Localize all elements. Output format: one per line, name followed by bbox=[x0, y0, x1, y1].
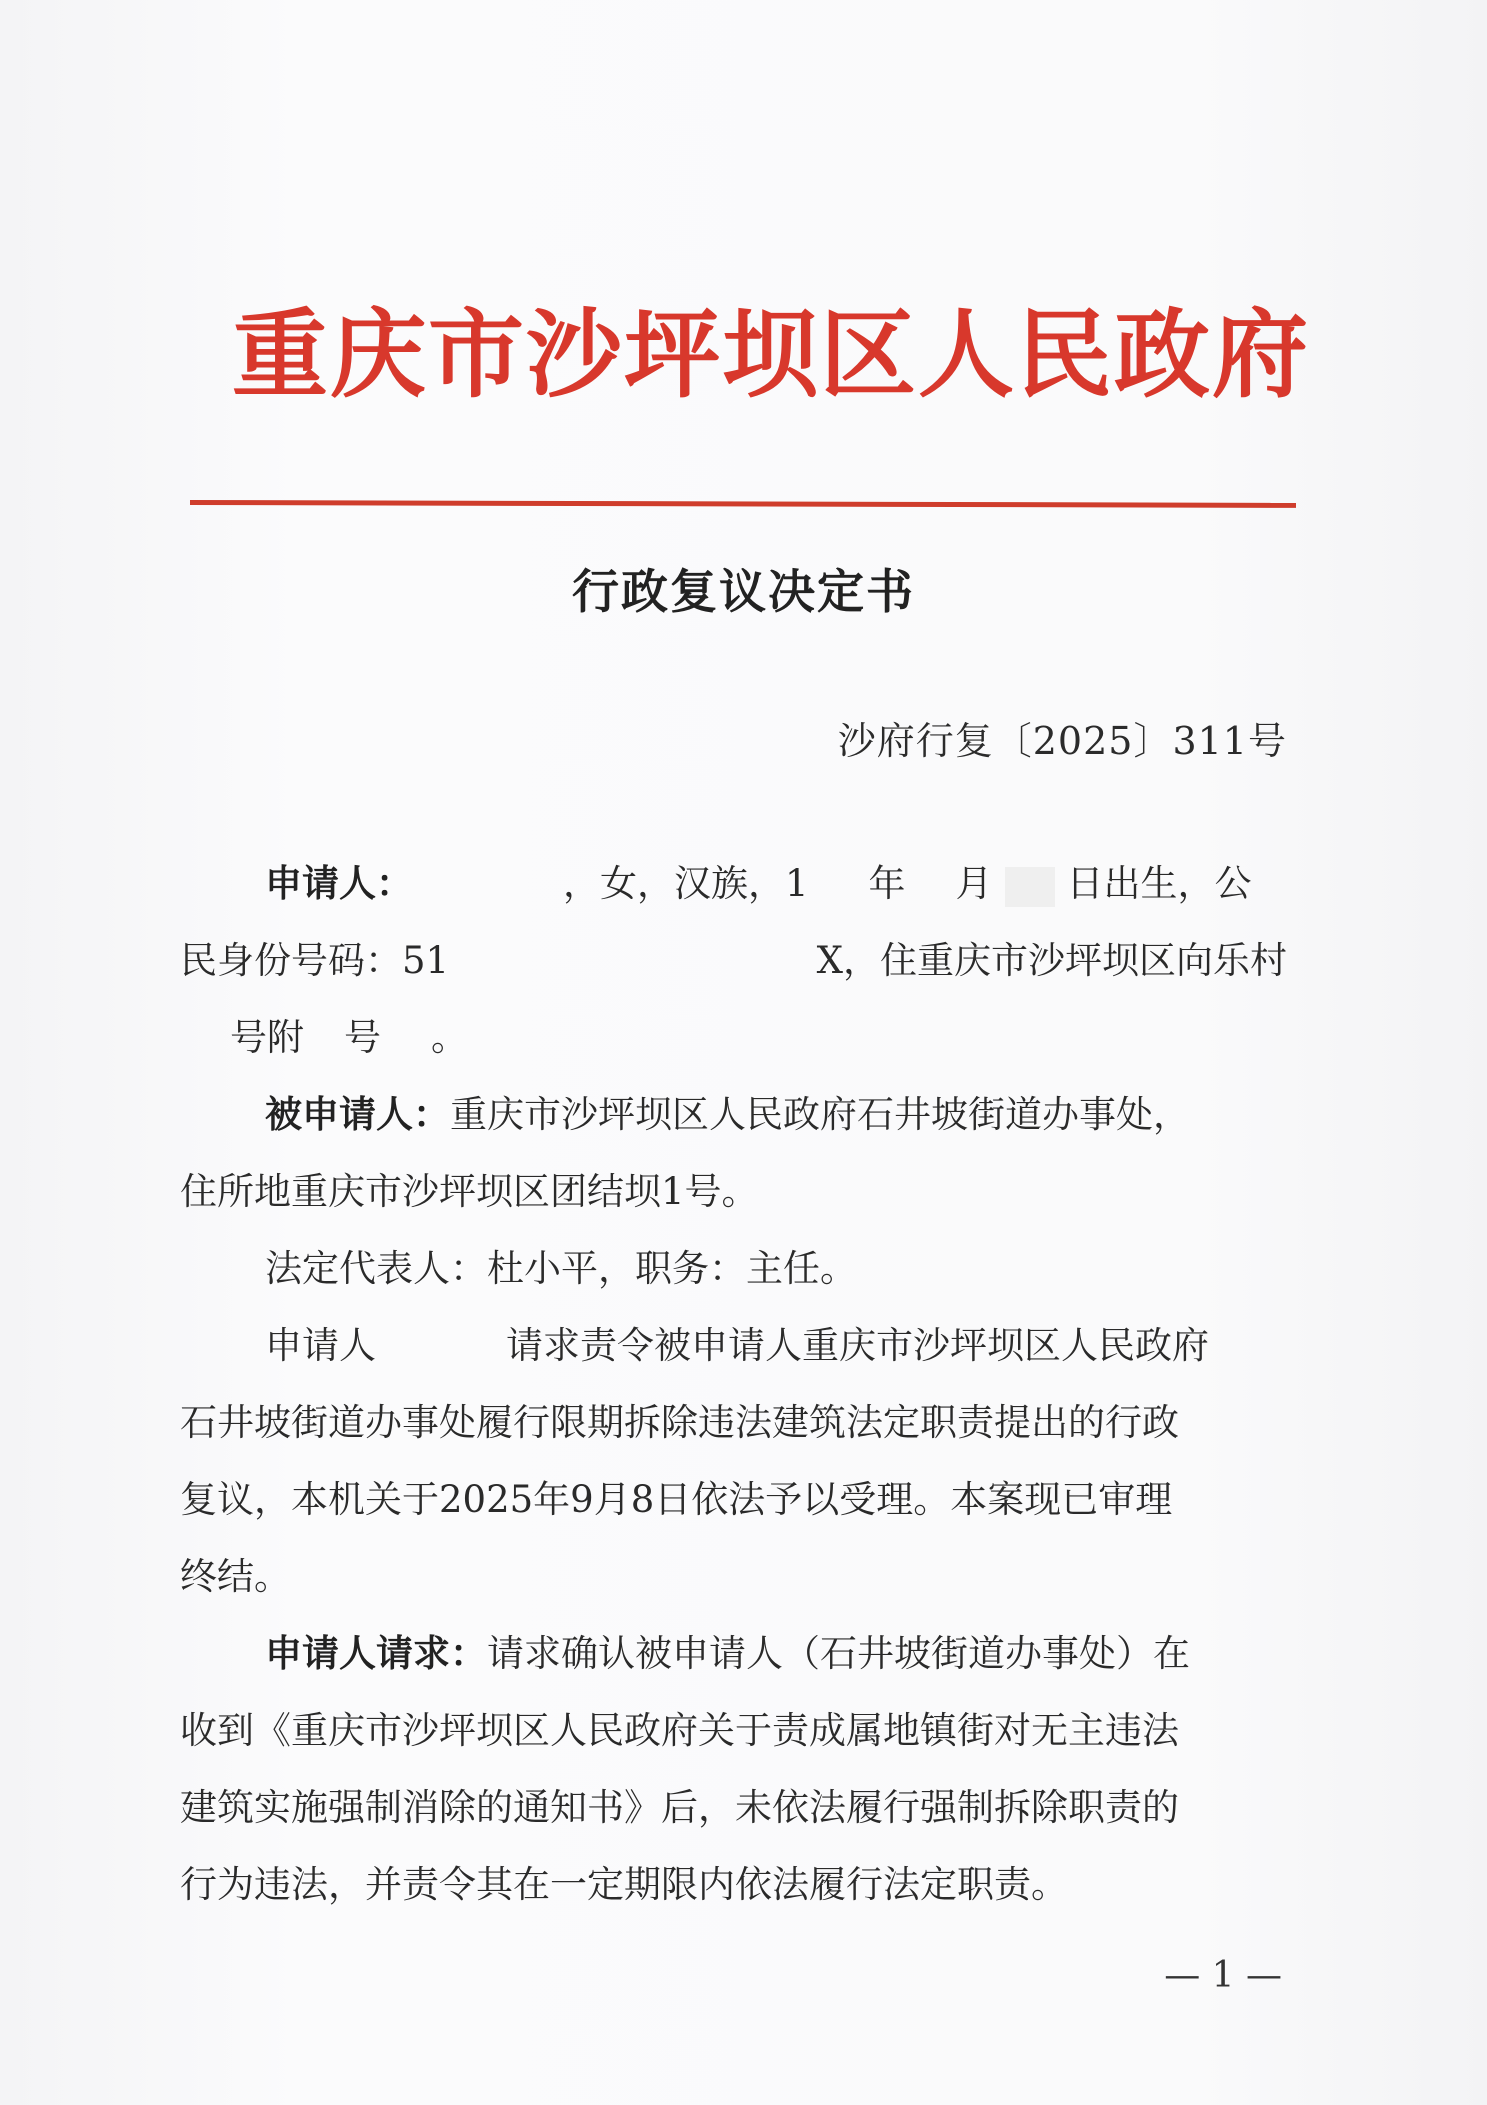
applicant-label: 申请人： bbox=[265, 861, 413, 905]
day-suffix: 日出生，公 bbox=[1067, 862, 1252, 905]
address-end: 。 bbox=[431, 999, 468, 1076]
respondent-name: 重庆市沙坪坝区人民政府石井坡街道办事处， bbox=[450, 1076, 1190, 1153]
applicant-gender-ethnicity: ，女，汉族，1 bbox=[563, 862, 809, 905]
document-body: 申请人：，女，汉族，1年月日出生，公 民身份号码：51 X，住重庆市沙坪坝区向乐… bbox=[180, 845, 1287, 1923]
case-intro-line-1: 申请人请求责令被申请人重庆市沙坪坝区人民政府 bbox=[180, 1307, 1287, 1384]
legal-representative: 法定代表人：杜小平，职务：主任。 bbox=[180, 1230, 1287, 1307]
case-intro-text-3: 复议，本机关于2025年9月8日依法予以受理。本案现已审理 bbox=[180, 1461, 1172, 1538]
case-intro-text-2: 石井坡街道办事处履行限期拆除违法建筑法定职责提出的行政 bbox=[180, 1384, 1179, 1461]
redacted-house bbox=[304, 999, 344, 1076]
case-intro-line-4: 终结。 bbox=[180, 1538, 1287, 1615]
document-number: 沙府行复〔2025〕311号 bbox=[838, 710, 1287, 765]
case-intro-line-3: 复议，本机关于2025年9月8日依法予以受理。本案现已审理 bbox=[180, 1461, 1287, 1538]
page-number: — 1 — bbox=[1164, 1955, 1282, 1996]
request-line-3: 建筑实施强制消除的通知书》后，未依法履行强制拆除职责的 bbox=[180, 1769, 1287, 1846]
case-intro-line-2: 石井坡街道办事处履行限期拆除违法建筑法定职责提出的行政 bbox=[180, 1384, 1287, 1461]
applicant-line-2: 民身份号码：51 X，住重庆市沙坪坝区向乐村 bbox=[180, 922, 1287, 999]
request-text-2: 收到《重庆市沙坪坝区人民政府关于责成属地镇街对无主违法 bbox=[180, 1692, 1179, 1769]
applicant-line-3: 号附号。 bbox=[180, 999, 1287, 1076]
legal-rep-text: 法定代表人：杜小平，职务：主任。 bbox=[265, 1230, 857, 1307]
request-line-1: 申请人请求：请求确认被申请人（石井坡街道办事处）在 bbox=[180, 1615, 1287, 1692]
respondent-line-2: 住所地重庆市沙坪坝区团结坝1号。 bbox=[180, 1153, 1287, 1230]
case-intro-text-1: 请求责令被申请人重庆市沙坪坝区人民政府 bbox=[506, 1307, 1209, 1384]
request-text-4: 行为违法，并责令其在一定期限内依法履行法定职责。 bbox=[180, 1846, 1068, 1923]
id-number-prefix: 民身份号码：51 bbox=[180, 922, 449, 999]
address-house-number: 号附 bbox=[230, 999, 304, 1076]
request-label: 申请人请求： bbox=[265, 1615, 487, 1692]
request-text-3: 建筑实施强制消除的通知书》后，未依法履行强制拆除职责的 bbox=[180, 1769, 1179, 1846]
redacted-day bbox=[1005, 867, 1055, 907]
issuer-title: 重庆市沙坪坝区人民政府 bbox=[232, 300, 1262, 410]
request-text-1: 请求确认被申请人（石井坡街道办事处）在 bbox=[487, 1615, 1190, 1692]
respondent-line-1: 被申请人：重庆市沙坪坝区人民政府石井坡街道办事处， bbox=[180, 1076, 1287, 1153]
redacted-unit bbox=[381, 999, 431, 1076]
id-number-suffix-address: X，住重庆市沙坪坝区向乐村 bbox=[817, 922, 1287, 999]
red-header-rule bbox=[190, 500, 1296, 508]
document-type-title: 行政复议决定书 bbox=[0, 555, 1487, 622]
request-line-4: 行为违法，并责令其在一定期限内依法履行法定职责。 bbox=[180, 1846, 1287, 1923]
year-suffix: 年 bbox=[869, 862, 906, 905]
address-suffix: 号 bbox=[344, 999, 381, 1076]
respondent-address: 住所地重庆市沙坪坝区团结坝1号。 bbox=[180, 1153, 759, 1230]
month-suffix: 月 bbox=[956, 862, 993, 905]
case-intro-applicant: 申请人 bbox=[265, 1307, 376, 1384]
applicant-line-1: 申请人：，女，汉族，1年月日出生，公 bbox=[180, 845, 1287, 922]
redacted-applicant-name bbox=[376, 1307, 506, 1384]
respondent-label: 被申请人： bbox=[265, 1076, 450, 1153]
document-page: 重庆市沙坪坝区人民政府 行政复议决定书 沙府行复〔2025〕311号 申请人：，… bbox=[0, 0, 1487, 2105]
request-line-2: 收到《重庆市沙坪坝区人民政府关于责成属地镇街对无主违法 bbox=[180, 1692, 1287, 1769]
case-intro-text-4: 终结。 bbox=[180, 1538, 291, 1615]
